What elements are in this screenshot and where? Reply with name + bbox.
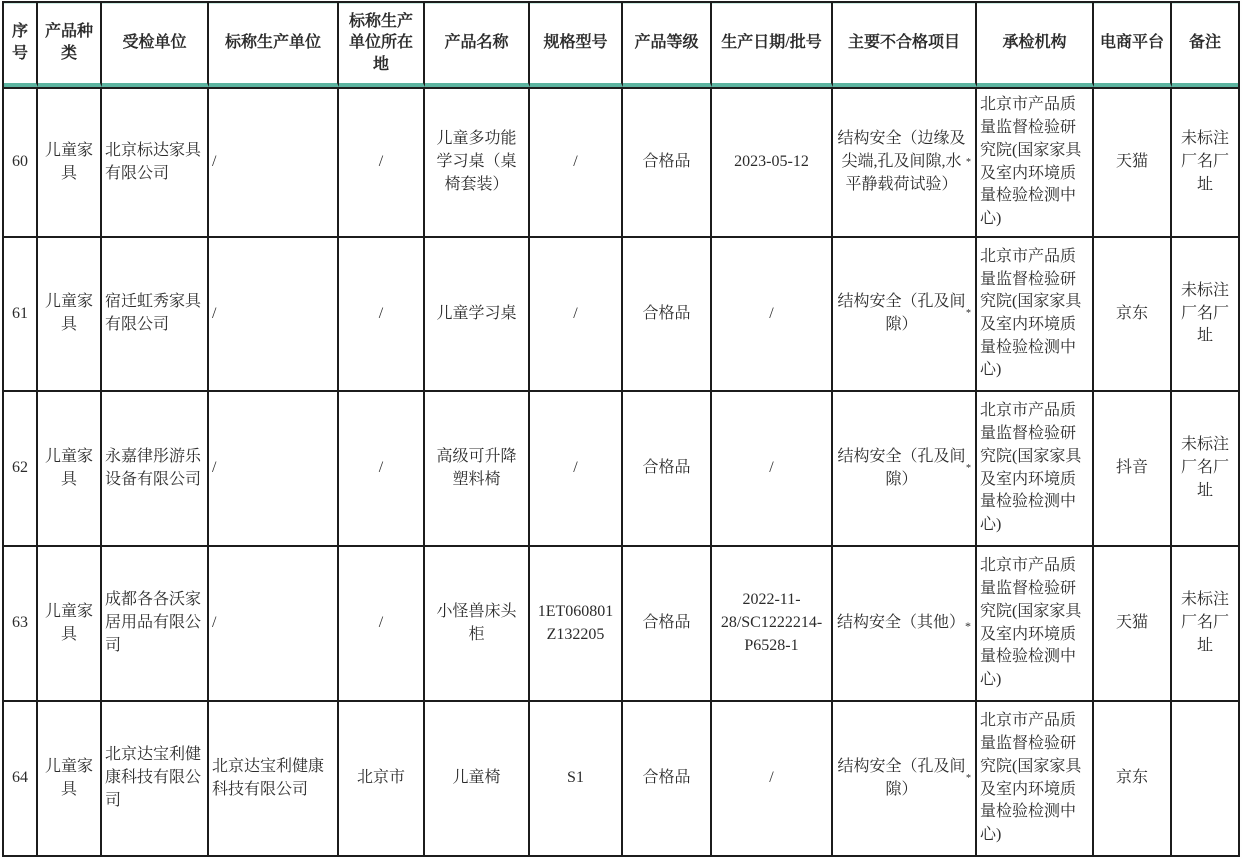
cell-platform: 天猫 (1094, 87, 1172, 238)
cell-production_date: / (712, 238, 833, 392)
cell-category: 儿童家具 (38, 547, 102, 702)
column-header-nominal_producer: 标称生产单位 (209, 3, 339, 87)
cell-remark: 未标注厂名厂址 (1172, 87, 1238, 238)
cell-inspected_unit: 宿迁虹秀家具有限公司 (102, 238, 209, 392)
cell-grade: 合格品 (623, 547, 712, 702)
cell-producer_location: / (339, 392, 425, 547)
cell-producer_location: / (339, 547, 425, 702)
column-header-spec_model: 规格型号 (530, 3, 623, 87)
cell-defect: 结构安全（其他）* (833, 547, 977, 702)
cell-grade: 合格品 (623, 238, 712, 392)
cell-inspected_unit: 北京标达家具有限公司 (102, 87, 209, 238)
cell-defect: 结构安全（孔及间隙）* (833, 702, 977, 855)
inspection-table: 序号产品种类受检单位标称生产单位标称生产单位所在地产品名称规格型号产品等级生产日… (2, 1, 1240, 857)
cell-producer_location: / (339, 87, 425, 238)
cell-agency: 北京市产品质量监督检验研究院(国家家具及室内环境质量检验检测中心) (977, 238, 1094, 392)
cell-remark: 未标注厂名厂址 (1172, 238, 1238, 392)
column-header-category: 产品种类 (38, 3, 102, 87)
cell-platform: 天猫 (1094, 547, 1172, 702)
cell-platform: 抖音 (1094, 392, 1172, 547)
cell-agency: 北京市产品质量监督检验研究院(国家家具及室内环境质量检验检测中心) (977, 702, 1094, 855)
cell-defect: 结构安全（孔及间隙）* (833, 238, 977, 392)
column-header-defect: 主要不合格项目 (833, 3, 977, 87)
column-header-remark: 备注 (1172, 3, 1238, 87)
cell-spec_model: / (530, 238, 623, 392)
column-header-platform: 电商平台 (1094, 3, 1172, 87)
cell-remark: 未标注厂名厂址 (1172, 547, 1238, 702)
cell-product_name: 儿童椅 (425, 702, 530, 855)
cell-inspected_unit: 成都各各沃家居用品有限公司 (102, 547, 209, 702)
cell-spec_model: / (530, 87, 623, 238)
cell-inspected_unit: 北京达宝利健康科技有限公司 (102, 702, 209, 855)
cell-no: 64 (4, 702, 38, 855)
cell-production_date: 2022-11- 28/SC1222214- P6528-1 (712, 547, 833, 702)
cell-production_date: / (712, 702, 833, 855)
defect-text: 结构安全（其他） (837, 612, 965, 635)
defect-text: 结构安全（边缘及尖端,孔及间隙,水平静载荷试验） (837, 128, 966, 196)
cell-nominal_producer: / (209, 238, 339, 392)
defect-text: 结构安全（孔及间隙） (837, 291, 966, 336)
cell-no: 61 (4, 238, 38, 392)
column-header-agency: 承检机构 (977, 3, 1094, 87)
cell-inspected_unit: 永嘉律彤游乐设备有限公司 (102, 392, 209, 547)
cell-agency: 北京市产品质量监督检验研究院(国家家具及室内环境质量检验检测中心) (977, 547, 1094, 702)
cell-platform: 京东 (1094, 702, 1172, 855)
defect-text: 结构安全（孔及间隙） (837, 756, 966, 801)
cell-producer_location: 北京市 (339, 702, 425, 855)
cell-no: 63 (4, 547, 38, 702)
column-header-grade: 产品等级 (623, 3, 712, 87)
inspection-results-page: 序号产品种类受检单位标称生产单位标称生产单位所在地产品名称规格型号产品等级生产日… (0, 0, 1242, 859)
cell-product_name: 高级可升降塑料椅 (425, 392, 530, 547)
defect-text: 结构安全（孔及间隙） (837, 446, 966, 491)
cell-spec_model: 1ET060801 Z132205 (530, 547, 623, 702)
cell-product_name: 儿童学习桌 (425, 238, 530, 392)
cell-grade: 合格品 (623, 392, 712, 547)
cell-agency: 北京市产品质量监督检验研究院(国家家具及室内环境质量检验检测中心) (977, 392, 1094, 547)
column-header-inspected_unit: 受检单位 (102, 3, 209, 87)
cell-product_name: 儿童多功能学习桌（桌椅套装） (425, 87, 530, 238)
column-header-production_date: 生产日期/批号 (712, 3, 833, 87)
cell-production_date: 2023-05-12 (712, 87, 833, 238)
cell-remark: 未标注厂名厂址 (1172, 392, 1238, 547)
column-header-no: 序号 (4, 3, 38, 87)
cell-production_date: / (712, 392, 833, 547)
defect-footnote-mark: * (965, 623, 971, 629)
cell-producer_location: / (339, 238, 425, 392)
cell-category: 儿童家具 (38, 702, 102, 855)
cell-grade: 合格品 (623, 87, 712, 238)
cell-no: 62 (4, 392, 38, 547)
cell-product_name: 小怪兽床头柜 (425, 547, 530, 702)
cell-defect: 结构安全（孔及间隙）* (833, 392, 977, 547)
cell-category: 儿童家具 (38, 87, 102, 238)
column-header-product_name: 产品名称 (425, 3, 530, 87)
cell-nominal_producer: / (209, 87, 339, 238)
cell-nominal_producer: / (209, 547, 339, 702)
cell-nominal_producer: / (209, 392, 339, 547)
cell-spec_model: / (530, 392, 623, 547)
cell-platform: 京东 (1094, 238, 1172, 392)
cell-category: 儿童家具 (38, 392, 102, 547)
cell-remark (1172, 702, 1238, 855)
cell-category: 儿童家具 (38, 238, 102, 392)
column-header-producer_location: 标称生产单位所在地 (339, 3, 425, 87)
cell-nominal_producer: 北京达宝利健康科技有限公司 (209, 702, 339, 855)
cell-grade: 合格品 (623, 702, 712, 855)
cell-spec_model: S1 (530, 702, 623, 855)
cell-defect: 结构安全（边缘及尖端,孔及间隙,水平静载荷试验）* (833, 87, 977, 238)
cell-agency: 北京市产品质量监督检验研究院(国家家具及室内环境质量检验检测中心) (977, 87, 1094, 238)
cell-no: 60 (4, 87, 38, 238)
